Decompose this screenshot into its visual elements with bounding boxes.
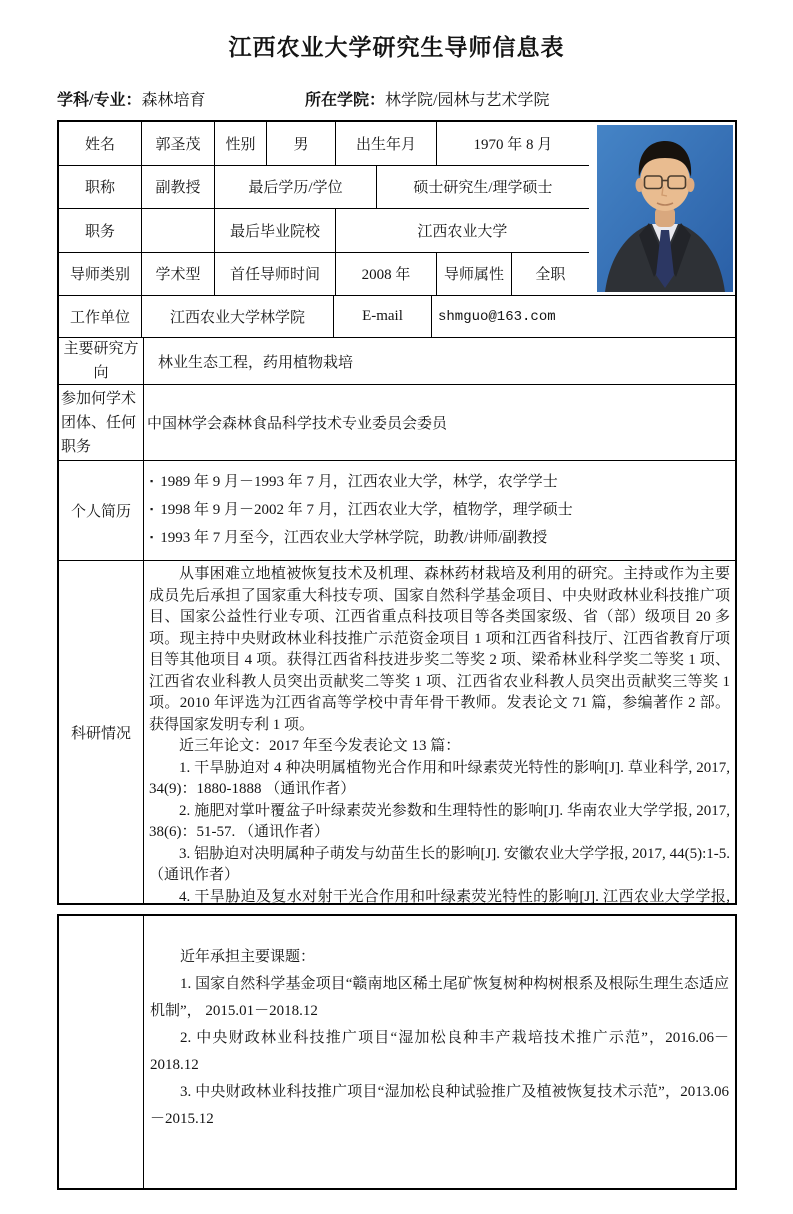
- table-row: 科研情况 从事困难立地植被恢复技术及机理、森林药材栽培及利用的研究。主持或作为主…: [59, 561, 735, 903]
- research-paragraph: 2. 施肥对掌叶覆盆子叶绿素荧光参数和生理特性的影响[J]. 华南农业大学学报,…: [149, 801, 730, 844]
- school-label: 最后毕业院校: [215, 209, 336, 252]
- research-status-label: 科研情况: [59, 561, 144, 903]
- name-value: 郭圣茂: [142, 122, 215, 165]
- table-row: 职称 副教授 最后学历/学位 硕士研究生/理学硕士: [59, 166, 589, 210]
- category-value: 学术型: [142, 253, 215, 296]
- research-paragraph: 3. 铝胁迫对决明属种子萌发与幼苗生长的影响[J]. 安徽农业大学学报, 201…: [149, 844, 730, 887]
- major-label: 学科/专业：: [57, 92, 141, 109]
- table-row: 工作单位 江西农业大学林学院 E-mail shmguo@163.com: [59, 296, 735, 338]
- resume-item: ▪1993 年 7 月至今，江西农业大学林学院，助教/讲师/副教授: [150, 525, 547, 553]
- birth-value: 1970 年 8 月: [437, 122, 589, 165]
- bullet-icon: ▪: [150, 496, 153, 523]
- table-row: 主要研究方向 林业生态工程，药用植物栽培: [59, 338, 735, 385]
- category-label: 导师类别: [59, 253, 142, 296]
- gender-label: 性别: [215, 122, 267, 165]
- projects-label-cell: [59, 916, 144, 1188]
- duty-label: 职务: [59, 209, 142, 252]
- name-label: 姓名: [59, 122, 142, 165]
- major-value: 森林培育: [141, 92, 205, 109]
- resume-item: ▪1989 年 9 月－1993 年 7 月，江西农业大学，林学，农学学士: [150, 469, 558, 497]
- resume-item-text: 1998 年 9 月－2002 年 7 月，江西农业大学，植物学，理学硕士: [160, 497, 573, 524]
- title-label: 职称: [59, 166, 142, 209]
- major-field: 学科/专业：森林培育: [57, 87, 205, 110]
- workunit-label: 工作单位: [59, 296, 142, 337]
- projects-content: 近年承担主要课题： 1. 国家自然科学基金项目“赣南地区稀土尾矿恢复树种构树根系…: [144, 916, 735, 1188]
- project-paragraph: 近年承担主要课题：: [150, 944, 729, 971]
- research-direction-label: 主要研究方向: [59, 338, 144, 384]
- table-row: 个人简历 ▪1989 年 9 月－1993 年 7 月，江西农业大学，林学，农学…: [59, 461, 735, 561]
- college-value: 林学院/园林与艺术学院: [385, 92, 549, 109]
- project-paragraph: 1. 国家自然科学基金项目“赣南地区稀土尾矿恢复树种构树根系及根际生理生态适应机…: [150, 971, 729, 1025]
- title-value: 副教授: [142, 166, 215, 209]
- birth-label: 出生年月: [336, 122, 437, 165]
- first-time-value: 2008 年: [336, 253, 437, 296]
- college-field: 所在学院：林学院/园林与艺术学院: [305, 87, 549, 110]
- first-time-label: 首任导师时间: [215, 253, 336, 296]
- duty-value: [142, 209, 215, 252]
- college-label: 所在学院：: [305, 92, 385, 109]
- research-status-content: 从事困难立地植被恢复技术及机理、森林药材栽培及利用的研究。主持或作为主要成员先后…: [144, 561, 735, 903]
- resume-label: 个人简历: [59, 461, 144, 560]
- table-row: 姓名 郭圣茂 性别 男 出生年月 1970 年 8 月: [59, 122, 589, 166]
- academic-groups-content: 中国林学会森林食品科学技术专业委员会委员: [144, 385, 735, 460]
- bullet-icon: ▪: [150, 524, 153, 551]
- table-row: 导师类别 学术型 首任导师时间 2008 年 导师属性 全职: [59, 253, 589, 296]
- projects-table: 近年承担主要课题： 1. 国家自然科学基金项目“赣南地区稀土尾矿恢复树种构树根系…: [57, 914, 737, 1190]
- photo-cell: [589, 122, 735, 295]
- project-paragraph: 2. 中央财政林业科技推广项目“湿加松良种丰产栽培技术推广示范”，2016.06…: [150, 1025, 729, 1079]
- attribute-label: 导师属性: [437, 253, 512, 296]
- supervisor-info-table: 姓名 郭圣茂 性别 男 出生年月 1970 年 8 月 职称 副教授 最后学历/…: [57, 120, 737, 905]
- email-label: E-mail: [334, 296, 432, 337]
- document-page: 江西农业大学研究生导师信息表 学科/专业：森林培育 所在学院：林学院/园林与艺术…: [0, 0, 793, 1214]
- project-paragraph: 3. 中央财政林业科技推广项目“湿加松良种试验推广及植被恢复技术示范”，2013…: [150, 1079, 729, 1133]
- workunit-value: 江西农业大学林学院: [142, 296, 334, 337]
- attribute-value: 全职: [512, 253, 589, 296]
- degree-value: 硕士研究生/理学硕士: [377, 166, 589, 209]
- gender-value: 男: [267, 122, 336, 165]
- research-paragraph: 从事困难立地植被恢复技术及机理、森林药材栽培及利用的研究。主持或作为主要成员先后…: [149, 564, 730, 736]
- degree-label: 最后学历/学位: [215, 166, 377, 209]
- bullet-icon: ▪: [150, 468, 153, 495]
- school-value: 江西农业大学: [336, 209, 589, 252]
- table-row: 职务 最后毕业院校 江西农业大学: [59, 209, 589, 253]
- research-direction-content: 林业生态工程，药用植物栽培: [144, 338, 735, 384]
- basic-info-block: 姓名 郭圣茂 性别 男 出生年月 1970 年 8 月 职称 副教授 最后学历/…: [59, 122, 735, 296]
- research-paragraph: 1. 干旱胁迫对 4 种决明属植物光合作用和叶绿素荧光特性的影响[J]. 草业科…: [149, 758, 730, 801]
- page-title: 江西农业大学研究生导师信息表: [0, 0, 793, 62]
- research-paragraph: 近三年论文：2017 年至今发表论文 13 篇：: [149, 736, 730, 758]
- academic-groups-label: 参加何学术团体、任何职务: [59, 385, 144, 460]
- resume-item-text: 1993 年 7 月至今，江西农业大学林学院，助教/讲师/副教授: [160, 525, 547, 552]
- resume-content: ▪1989 年 9 月－1993 年 7 月，江西农业大学，林学，农学学士 ▪1…: [144, 461, 735, 560]
- table-row: 参加何学术团体、任何职务 中国林学会森林食品科学技术专业委员会委员: [59, 385, 735, 461]
- supervisor-photo: [597, 125, 733, 292]
- resume-item: ▪1998 年 9 月－2002 年 7 月，江西农业大学，植物学，理学硕士: [150, 497, 573, 525]
- research-paragraph: 4. 干旱胁迫及复水对射干光合作用和叶绿素荧光特性的影响[J]. 江西农业大学学…: [149, 887, 730, 904]
- email-value: shmguo@163.com: [432, 296, 735, 337]
- resume-item-text: 1989 年 9 月－1993 年 7 月，江西农业大学，林学，农学学士: [160, 469, 558, 496]
